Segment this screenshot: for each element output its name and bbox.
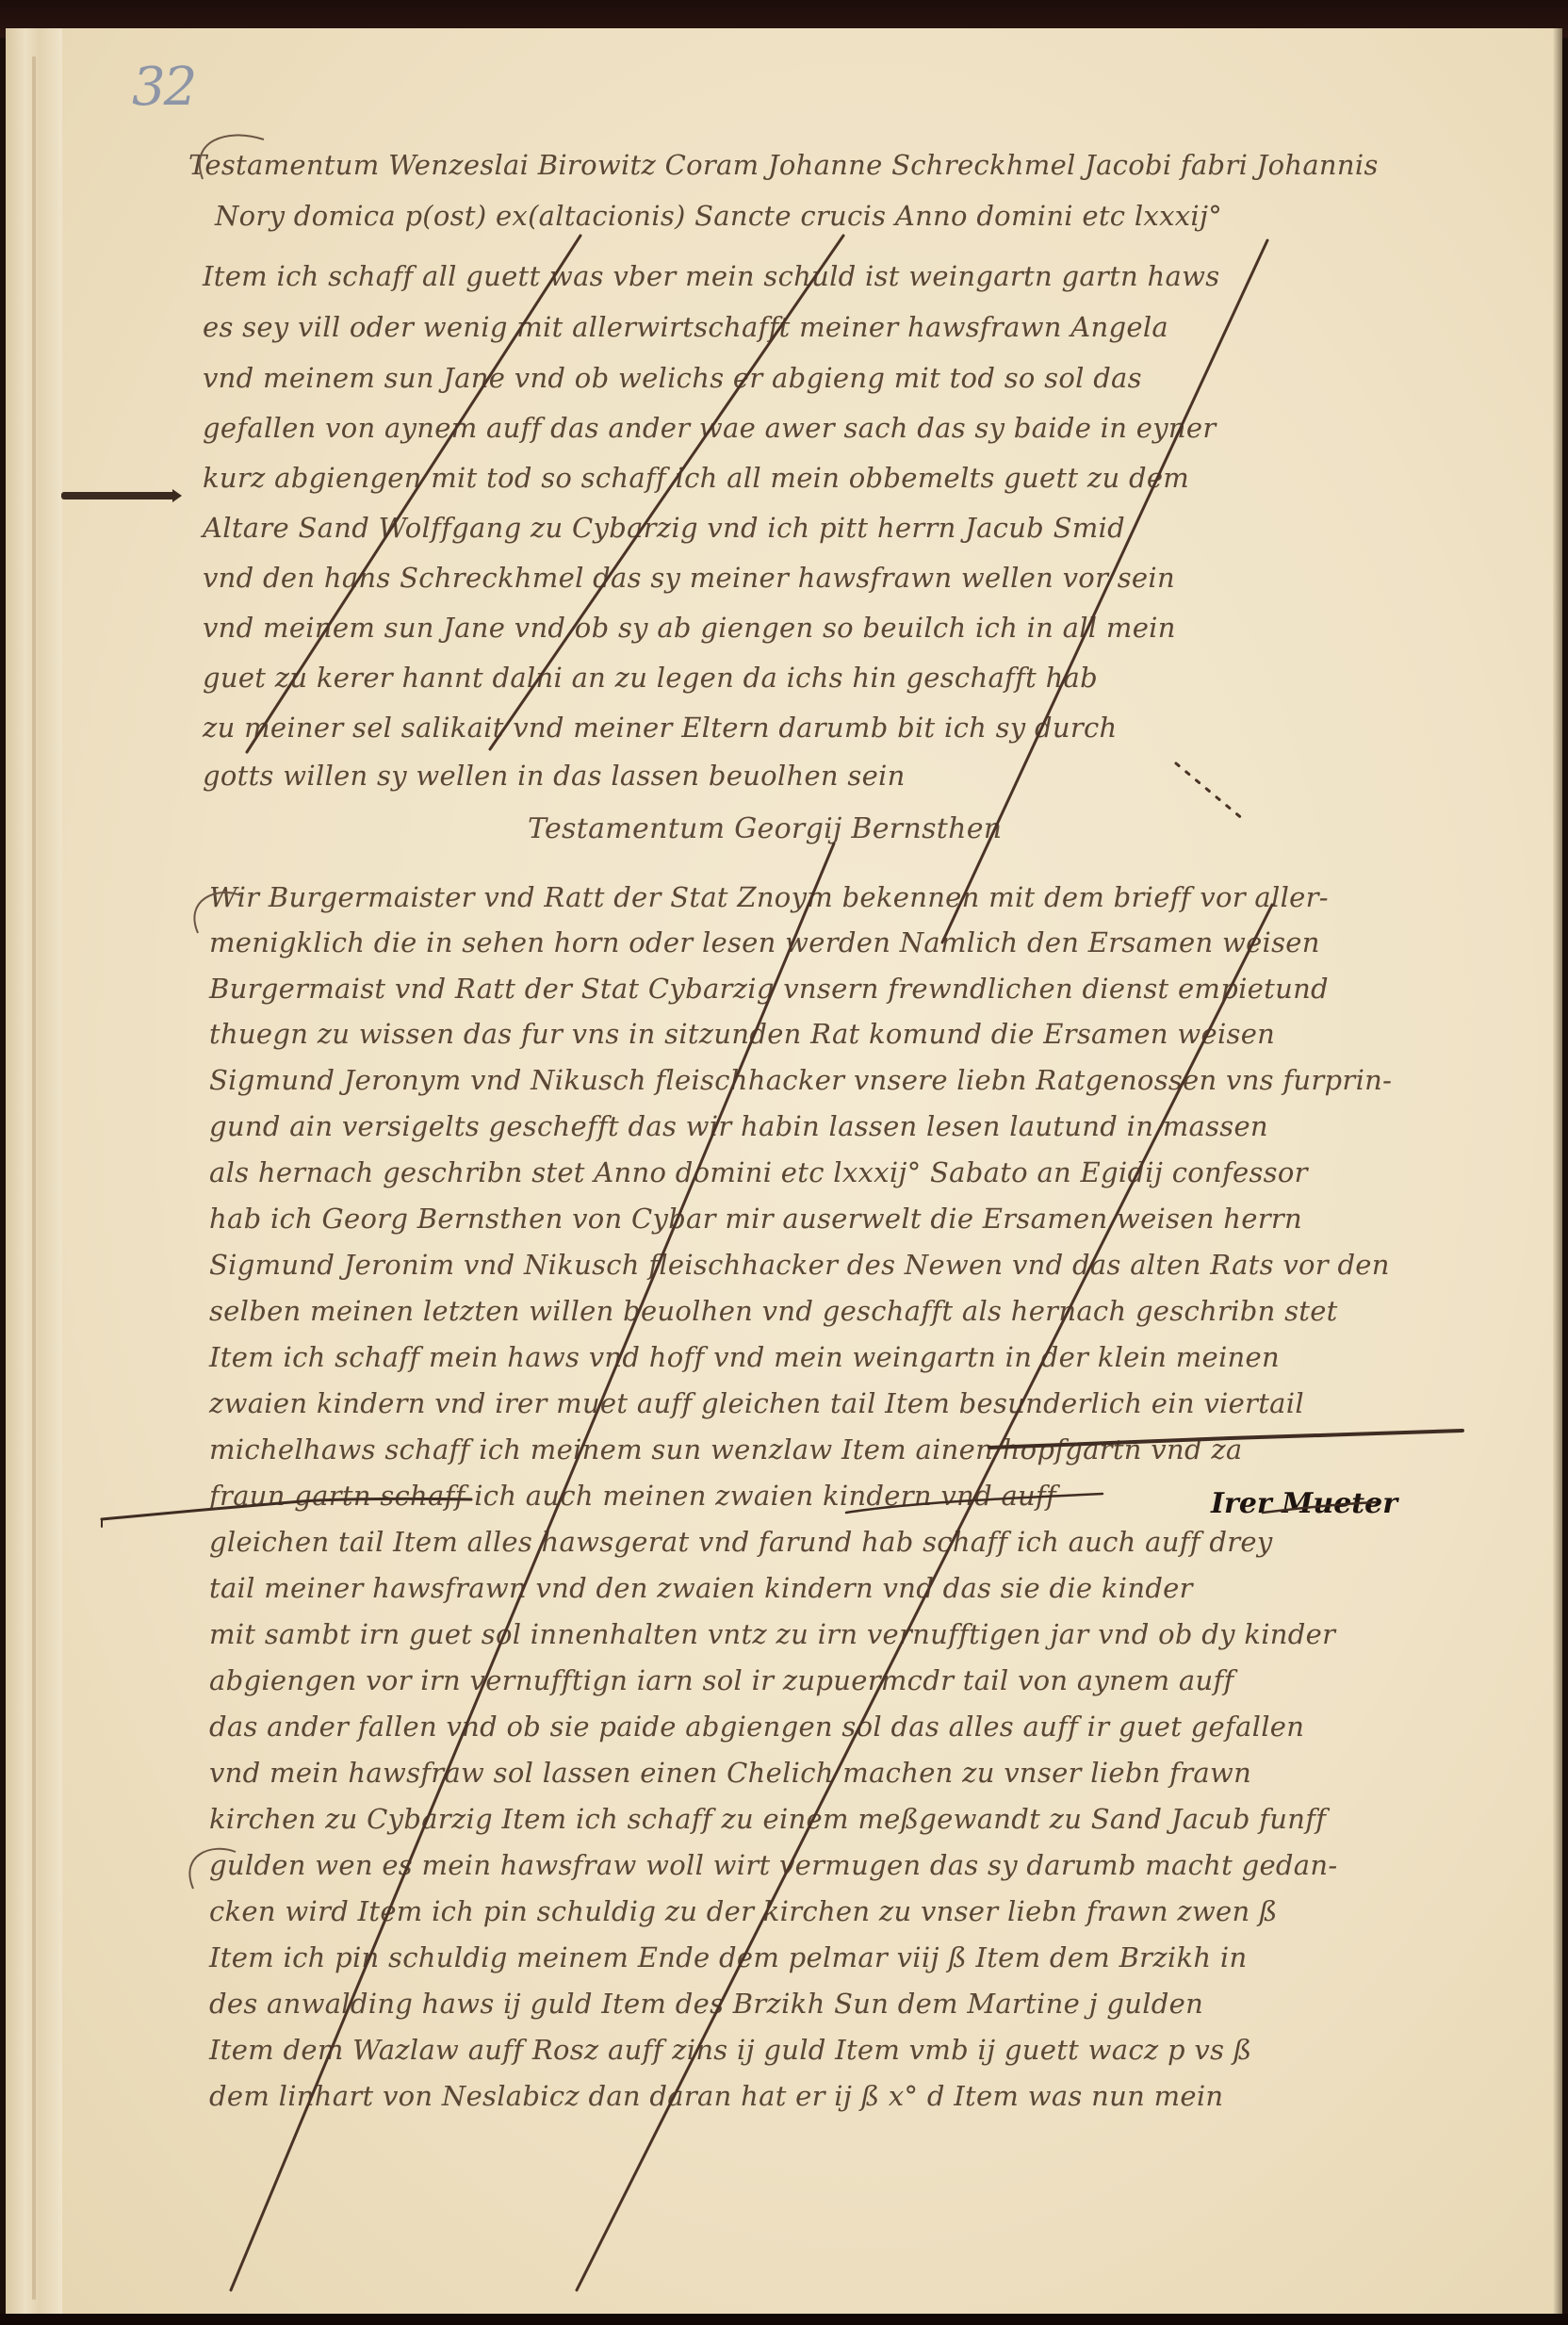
cancellation-strokes (0, 0, 1568, 2325)
strike-line-faint (1176, 763, 1244, 820)
strike-line (942, 240, 1267, 942)
strike-line (577, 905, 1272, 2290)
strike-line (490, 236, 843, 749)
strike-line (247, 236, 580, 752)
manuscript-page: 32 Testamentum Wenzeslai Birowitz Coram … (0, 0, 1568, 2325)
strike-line (231, 843, 834, 2290)
